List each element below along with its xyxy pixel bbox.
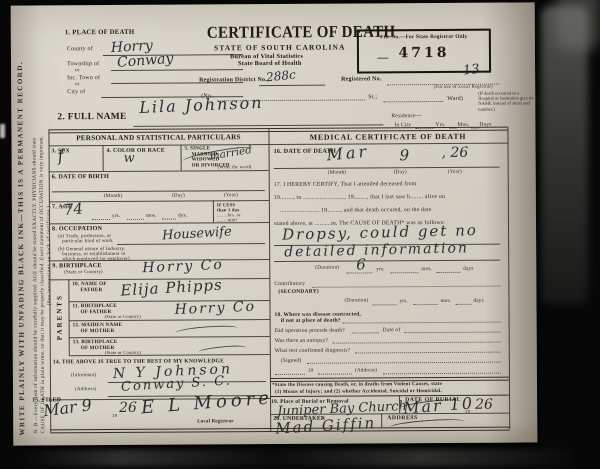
duration2-mos-label: mos. [440, 299, 451, 305]
duration-label: (Duration) [315, 266, 339, 272]
birthplace-value-handwritten: Horry Co [142, 258, 224, 275]
occupation-label: 8. OCCUPATION [52, 226, 102, 233]
state-line: STATE OF SOUTH CAROLINA [214, 44, 346, 53]
birthplace-state-country-note: (State or Country) [64, 270, 103, 276]
filed-year-prefix: 19 [112, 414, 117, 419]
duration-mos-label: mos. [421, 267, 432, 273]
sign-date-dots-2 [318, 374, 352, 375]
local-registrar-signature-handwritten: E L Moore [141, 389, 274, 417]
q18-dots [343, 322, 501, 324]
age-dys-label: dys. [178, 214, 187, 220]
full-name-line [133, 124, 383, 127]
sign-year-label: 19 [308, 369, 313, 375]
death-year-handwritten: , 26 [442, 146, 469, 160]
age-yrs-dots [92, 219, 110, 220]
scan-artifact-top-right [556, 0, 600, 50]
death-year-label: (Year) [448, 170, 462, 176]
death-month-handwritten: Mar [326, 144, 370, 164]
dob-year-label: (Year) [224, 193, 238, 199]
certify-line1: 17. I HEREBY CERTIFY, That I attended de… [274, 181, 417, 188]
age-bottom-line [49, 222, 269, 224]
age-mos-label: mos. [146, 214, 157, 220]
dob-month-label: (Month) [104, 194, 123, 200]
marital-write-word-note: (Write the word) [218, 164, 252, 169]
duration2-yrs-label: yrs. [399, 299, 407, 305]
mother-name-bottom-line [69, 336, 270, 338]
informant-address-label: (Address) [75, 387, 97, 393]
autopsy-dots [333, 342, 501, 344]
age-yrs-label: yrs. [112, 214, 120, 220]
city-label: City of [67, 89, 85, 96]
date-of-label: Date of [383, 327, 401, 333]
personal-section-title: PERSONAL AND STATISTICAL PARTICULARS [48, 134, 268, 143]
or-label-1: or [75, 68, 80, 74]
filed-year-handwritten: 26 [119, 401, 137, 415]
cause-of-death-line2-handwritten: detailed information [284, 241, 469, 259]
duration-dots-1 [346, 272, 372, 273]
q18-line2: if not at place of death? [281, 318, 341, 324]
burial-year-handwritten: 26 [475, 398, 493, 412]
full-name-value-handwritten: Lila Johnson [139, 95, 264, 116]
secondary-label: (SECONDARY) [278, 289, 319, 295]
yrs-dots [449, 128, 456, 129]
local-registrar-label: Local Registrar [197, 419, 234, 425]
duration2-dots-2 [413, 304, 437, 305]
certify-line3: ........................ 19........, and… [280, 207, 432, 214]
operation-label: Did operation precede death? [275, 328, 345, 334]
signed-dots [307, 362, 501, 364]
occupation-a-line2: particular kind of work [62, 239, 113, 245]
age-dys-dots [162, 219, 176, 220]
mother-name-label-line2: OF MOTHER [81, 329, 115, 335]
full-name-label: 2. FULL NAME [57, 112, 126, 123]
sex-color-divider [103, 145, 104, 171]
township-value-handwritten: Conway [117, 52, 174, 70]
burial-cell-divider [399, 395, 400, 413]
registration-district-line [259, 85, 325, 86]
ward-label: Ward) [447, 96, 463, 103]
duration-dots-3 [436, 272, 460, 273]
rule-under-headers [49, 143, 508, 147]
form-center-divider [268, 128, 271, 431]
inc-town-label: Inc. Town of [67, 75, 100, 82]
place-of-death-label: 1. PLACE OF DEATH [65, 29, 135, 37]
dob-label: 6. DATE OF BIRTH [52, 174, 109, 181]
sign-address-label: (Address) [355, 368, 377, 374]
form-right-border [507, 127, 510, 430]
hospital-note: (If death occurred in a Hospital or Inst… [478, 90, 534, 111]
mother-birthplace-bottom-line [69, 354, 270, 356]
local-registrar-use-note: (For use of Local Registrar) [403, 84, 523, 90]
file-box-label: File No.—For State Registrar Only [359, 35, 489, 42]
county-label: County of [67, 46, 93, 53]
file-number-value: 4718 [359, 46, 489, 62]
if-less-divider [213, 200, 214, 222]
footnote-line1: *State the Disease causing Death, or, in… [272, 382, 442, 389]
death-date-line [274, 167, 500, 169]
test-label: What test confirmed diagnosis? [275, 348, 351, 355]
contributory-dots [312, 286, 500, 288]
death-day-handwritten: 9 [400, 148, 410, 163]
signed-label: (Signed) [281, 358, 302, 364]
board-line: State Board of Health [238, 60, 302, 67]
undertaker-cell-divider [381, 413, 382, 427]
age-mos-dots [127, 219, 144, 220]
duration2-days-label: days [473, 299, 483, 305]
certificate-paper: WRITE PLAINLY WITH UNFADING BLACK INK—TH… [11, 2, 538, 445]
in-city-dots [415, 128, 433, 129]
parents-vertical-label: PARENTS [56, 294, 64, 340]
age-value-handwritten: 74 [63, 201, 83, 218]
color-race-label: 4. COLOR OR RACE [107, 148, 165, 155]
father-name-label-line2: FATHER [80, 288, 102, 294]
duration-days-label: days [463, 267, 473, 273]
autopsy-label: Was there an autopsy? [275, 338, 328, 344]
township-label: Township of [67, 61, 99, 68]
informant-label: (Informant) [71, 373, 97, 379]
test-dots [355, 352, 501, 354]
or-label-2: or [75, 82, 80, 88]
filed-date-handwritten: Mar 9 [42, 397, 92, 419]
registered-no-value-handwritten: 13 [462, 63, 480, 78]
father-birthplace-bottom-line [69, 319, 270, 321]
duration-dots-2 [390, 272, 418, 273]
death-month-label: (Month) [328, 171, 347, 177]
scan-artifact-left-nick [0, 124, 5, 138]
color-marital-divider [181, 145, 182, 171]
undertaker-signature-handwritten: Mad Giffin [275, 416, 377, 437]
duration2-dots-1 [372, 304, 396, 305]
footnote-rule-2 [270, 379, 509, 381]
duration-yrs-label: yrs. [376, 267, 384, 273]
sign-date-dots-1 [275, 374, 305, 375]
registered-no-label: Registered No. [341, 76, 381, 83]
dob-day-label: (Day) [172, 194, 185, 200]
st-dotted-line [383, 101, 443, 102]
death-day-label: (Day) [394, 170, 407, 176]
scanned-death-certificate: WRITE PLAINLY WITH UNFADING BLACK INK—TH… [0, 0, 600, 469]
occupation-a-line [117, 243, 265, 245]
st-label: St.; [368, 94, 377, 101]
sign-address-dots [383, 373, 501, 375]
operation-dots [353, 332, 379, 333]
cause-line-2 [274, 260, 500, 262]
duration-value-handwritten: 6 [356, 257, 366, 272]
occupation-value-handwritten: Housewife [162, 225, 232, 242]
registration-district-value-handwritten: 288c [266, 69, 297, 84]
medical-section-title: MEDICAL CERTIFICATE OF DEATH [268, 133, 507, 143]
residence-label: Residence— [391, 113, 421, 119]
scan-artifact-right-band [541, 6, 588, 304]
registration-district-label: Registration District No. [199, 77, 267, 84]
mos-dots [471, 128, 478, 129]
footnote-line2: (1) Means of Injury; and (2) whether Acc… [275, 388, 442, 395]
father-name-value-handwritten: Elija Phipps [120, 278, 223, 299]
duration2-label: (Duration) [344, 298, 368, 304]
margin-write-plainly-note: WRITE PLAINLY WITH UNFADING BLACK INK—TH… [17, 61, 27, 436]
father-birthplace-value-handwritten: Horry Co [174, 300, 256, 317]
date-of-dots [405, 332, 501, 334]
parents-strip-divider [68, 279, 69, 355]
duration2-dots-3 [455, 304, 471, 305]
color-race-value-handwritten: w [124, 152, 135, 165]
row1-bottom-line [49, 170, 269, 172]
contributory-label: Contributory [274, 281, 305, 287]
ink-stroke-mother-name [175, 324, 237, 337]
scan-artifact-bottom-smear [20, 449, 580, 466]
certify-line2: 19........, to .........................… [274, 194, 445, 201]
